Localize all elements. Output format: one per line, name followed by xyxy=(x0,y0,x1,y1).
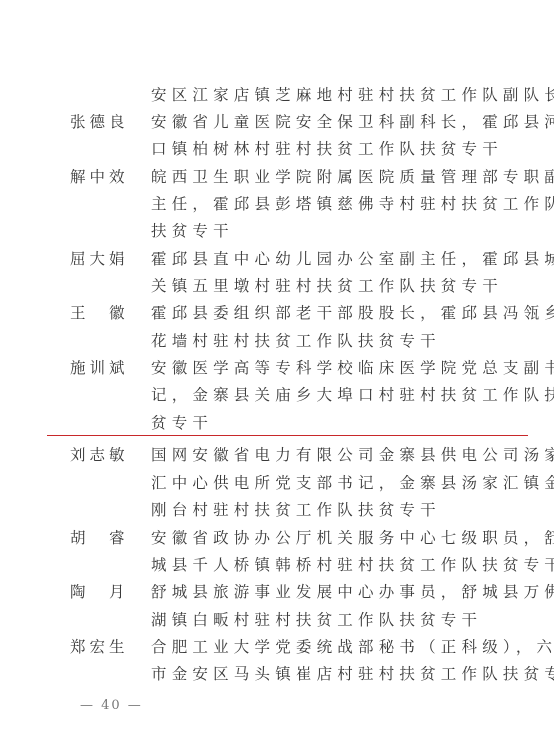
entry-text-line: 安区江家店镇芝麻地村驻村扶贫工作队副队长 xyxy=(151,84,491,106)
entry-text-line: 湖镇白畈村驻村扶贫工作队扶贫专干 xyxy=(151,609,491,631)
entry-name: 王 徽 xyxy=(70,302,150,324)
entry-text-line: 口镇柏树林村驻村扶贫工作队扶贫专干 xyxy=(151,138,491,160)
entry-name: 胡 睿 xyxy=(70,527,150,549)
entry-text-line: 霍邱县直中心幼儿园办公室副主任，霍邱县城 xyxy=(151,248,491,270)
entry-text-line: 花墙村驻村扶贫工作队扶贫专干 xyxy=(151,330,491,352)
entry-name: 张德良 xyxy=(70,111,150,133)
entry-text-line: 城县千人桥镇韩桥村驻村扶贫工作队扶贫专干 xyxy=(151,554,491,576)
entry-text-line: 安徽省儿童医院安全保卫科副科长，霍邱县河 xyxy=(151,111,491,133)
entry-text-line: 国网安徽省电力有限公司金寨县供电公司汤家 xyxy=(151,444,491,466)
entry-text-line: 合肥工业大学党委统战部秘书（正科级），六安 xyxy=(151,636,491,658)
entry-text-line: 安徽医学高等专科学校临床医学院党总支副书 xyxy=(151,357,491,379)
entry-text-line: 皖西卫生职业学院附属医院质量管理部专职副 xyxy=(151,166,491,188)
entry-text-line: 关镇五里墩村驻村扶贫工作队扶贫专干 xyxy=(151,275,491,297)
entry-name: 郑宏生 xyxy=(70,636,150,658)
entry-name: 解中效 xyxy=(70,166,150,188)
entry-name: 刘志敏 xyxy=(70,444,150,466)
entry-text-line: 安徽省政协办公厅机关服务中心七级职员，舒 xyxy=(151,527,491,549)
entry-text-line: 刚台村驻村扶贫工作队扶贫专干 xyxy=(151,499,491,521)
entry-text-line: 记，金寨县关庙乡大埠口村驻村扶贫工作队扶 xyxy=(151,384,491,406)
entry-text-line: 汇中心供电所党支部书记，金寨县汤家汇镇金 xyxy=(151,472,491,494)
entry-name: 陶 月 xyxy=(70,581,150,603)
entry-name: 施训斌 xyxy=(70,357,150,379)
entry-text-line: 主任，霍邱县彭塔镇慈佛寺村驻村扶贫工作队 xyxy=(151,193,491,215)
entry-text-line: 扶贫专干 xyxy=(151,220,491,242)
red-divider-line xyxy=(47,435,528,436)
entry-text-line: 霍邱县委组织部老干部股股长，霍邱县冯瓴乡 xyxy=(151,302,491,324)
entry-text-line: 贫专干 xyxy=(151,412,491,434)
entry-name: 屈大娟 xyxy=(70,248,150,270)
entry-text-line: 舒城县旅游事业发展中心办事员，舒城县万佛 xyxy=(151,581,491,603)
page-number: — 40 — xyxy=(80,698,143,713)
document-page: 安区江家店镇芝麻地村驻村扶贫工作队副队长 张德良 安徽省儿童医院安全保卫科副科长… xyxy=(0,0,554,755)
entry-text-line: 市金安区马头镇崔店村驻村扶贫工作队扶贫专 xyxy=(151,663,491,685)
